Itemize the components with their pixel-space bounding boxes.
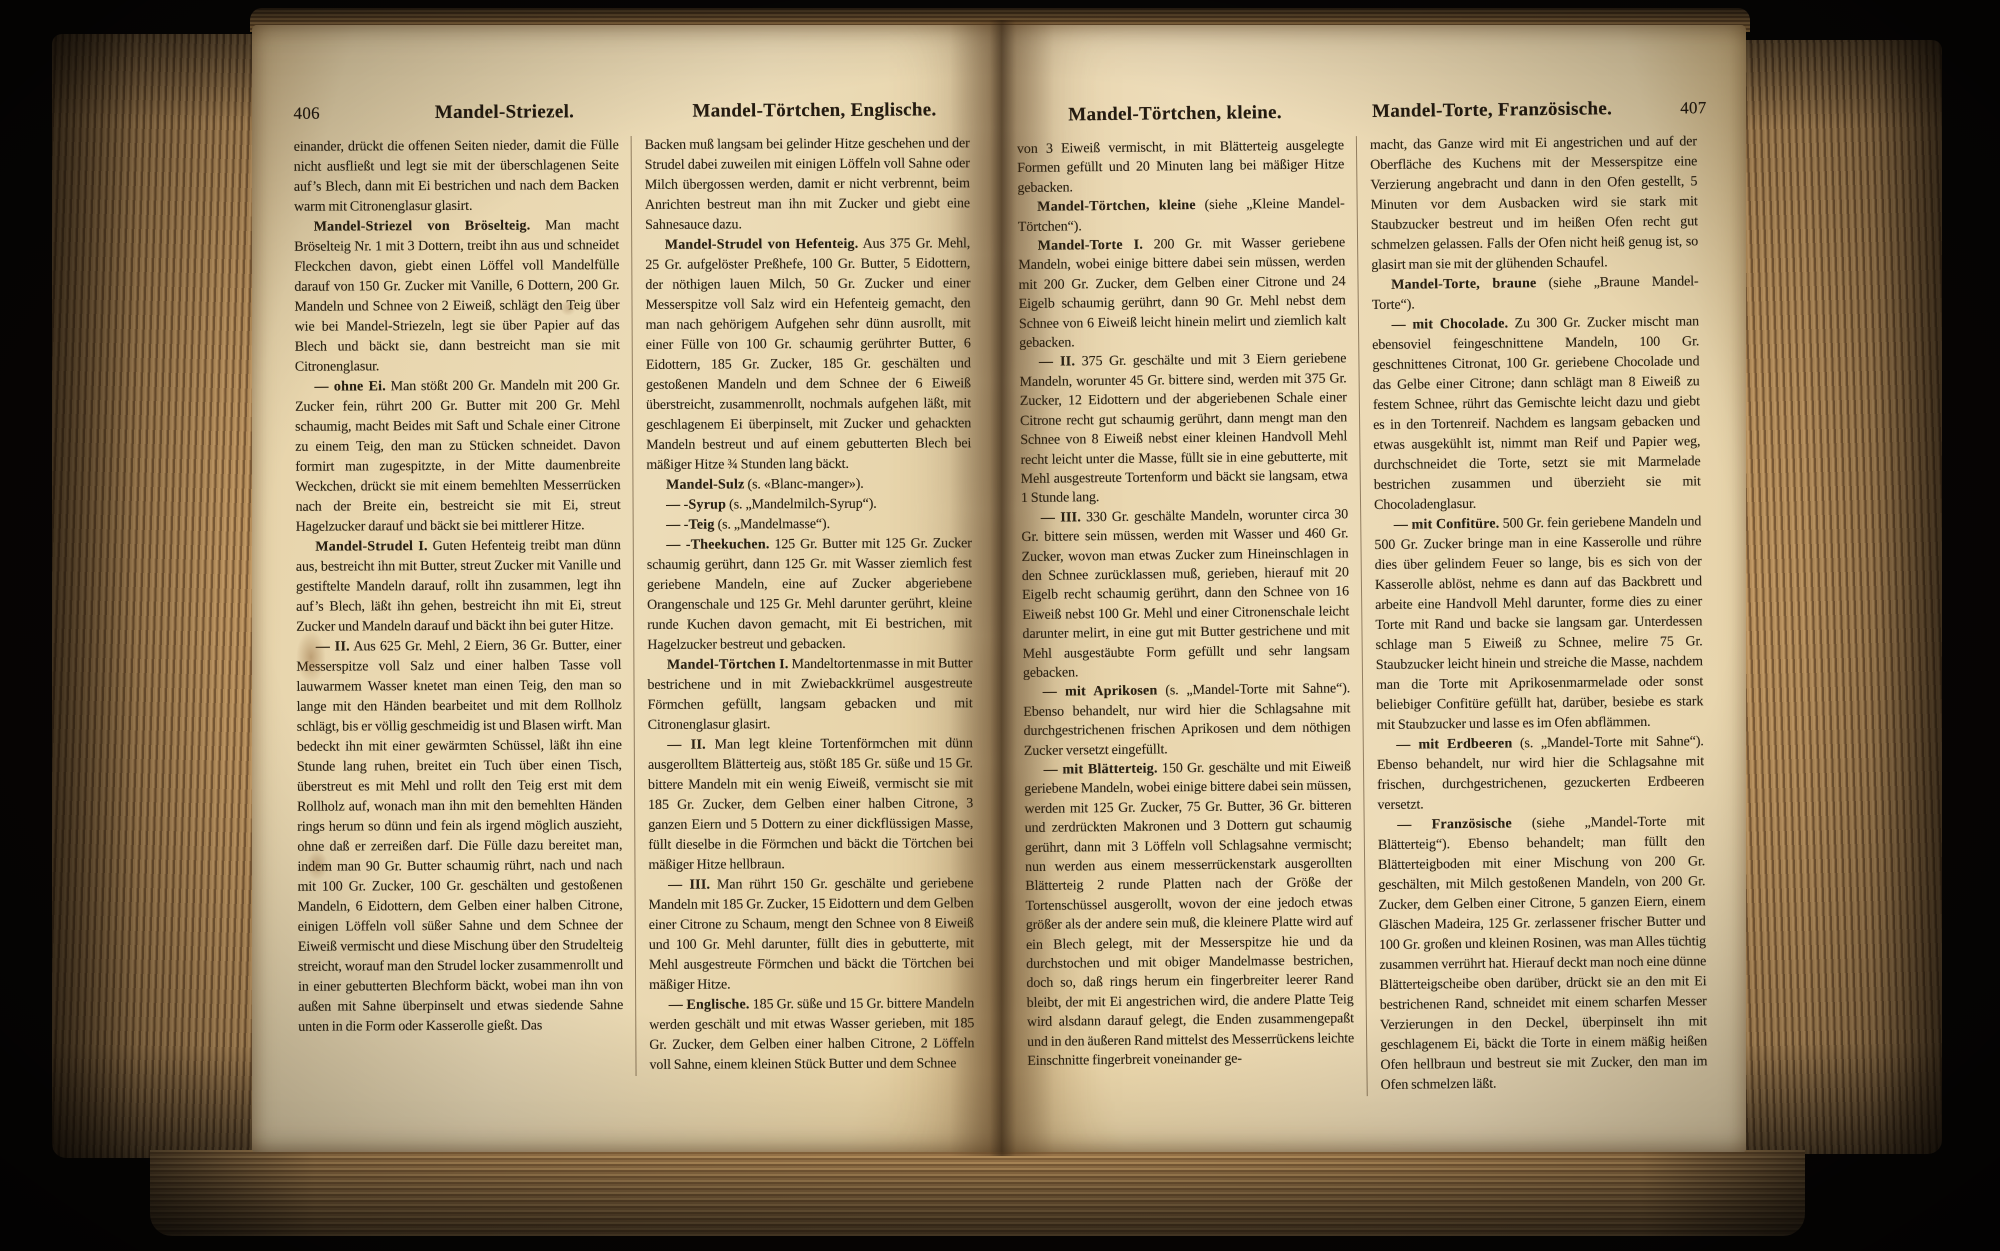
recipe-title: — mit Blätterteig. [1044,761,1158,777]
recipe-text: 330 Gr. geschälte Mandeln, worunter circ… [1021,507,1349,681]
left-running-head: 406 Mandel-Striezel. Mandel-Törtchen, En… [293,99,969,125]
recipe-title: — Französische [1397,816,1512,832]
paragraph: Mandel-Törtchen I. Mandeltortenmasse in … [647,654,972,736]
recipe-title: — II. [667,738,705,753]
paragraph: — Französische (siehe „Mandel-Torte mit … [1378,812,1708,1096]
recipe-text: macht, das Ganze wird mit Ei angestriche… [1370,134,1698,273]
recipe-title: — mit Chocolade. [1392,316,1509,332]
paragraph: — III. 330 Gr. geschälte Mandeln, worunt… [1021,505,1350,683]
paragraph: — III. Man rührt 150 Gr. geschälte und g… [649,874,975,996]
paragraph: Mandel-Striezel von Bröselteig. Man mach… [294,216,620,378]
recipe-text: von 3 Eiweiß vermischt, in mit Blätterte… [1017,138,1344,196]
paragraph: — mit Erdbeeren (s. „Mandel-Torte mit Sa… [1377,732,1705,816]
recipe-text: 375 Gr. geschälte und mit 3 Eiern gerieb… [1020,352,1348,507]
paragraph: — mit Chocolade. Zu 300 Gr. Zucker misch… [1372,312,1701,516]
paragraph: Mandel-Sulz (s. «Blanc-manger»). [646,474,971,496]
running-header: Mandel-Törtchen, Englische. [659,99,969,123]
right-page: Mandel-Törtchen, kleine. Mandel-Torte, F… [1002,25,1746,1152]
paragraph: — ohne Ei. Man stößt 200 Gr. Mandeln mit… [295,376,621,538]
text-column-4: macht, das Ganze wird mit Ei angestriche… [1356,132,1708,1096]
recipe-title: — II. [316,639,350,654]
recipe-text: Man macht Bröselteig Nr. 1 mit 3 Dottern… [294,218,620,375]
text-column-1: einander, drückt die offenen Seiten nied… [294,136,624,1078]
paragraph: — -Theekuchen. 125 Gr. Butter mit 125 Gr… [647,534,973,656]
recipe-title: — -Syrup [666,497,726,512]
paragraph: — -Syrup (s. „Mandelmilch-Syrup“). [647,494,972,516]
recipe-text: Man stößt 200 Gr. Mandeln mit 200 Gr. Zu… [295,378,621,535]
running-header: Mandel-Törtchen, kleine. [1016,101,1333,127]
paragraph: — II. 375 Gr. geschälte und mit 3 Eiern … [1019,350,1348,509]
paragraph: — mit Confitüre. 500 Gr. fein geriebene … [1374,512,1703,736]
recipe-text: Backen muß langsam bei gelinder Hitze ge… [645,136,970,233]
recipe-title: — II. [1039,355,1075,370]
paragraph: einander, drückt die offenen Seiten nied… [294,136,619,218]
page-number: 407 [1650,98,1706,119]
recipe-title: Mandel-Torte I. [1038,238,1144,254]
left-page-columns: einander, drückt die offenen Seiten nied… [294,134,975,1078]
recipe-title: — mit Confitüre. [1394,517,1500,533]
paragraph: Mandel-Torte I. 200 Gr. mit Wasser gerie… [1018,233,1346,353]
paragraph: Mandel-Strudel von Hefenteig. Aus 375 Gr… [645,234,971,476]
recipe-title: — Englische. [669,997,750,1012]
paragraph: macht, das Ganze wird mit Ei angestriche… [1370,132,1699,276]
recipe-title: Mandel-Striezel von Bröselteig. [314,219,531,235]
recipe-title: Mandel-Strudel I. [315,539,427,555]
recipe-title: — -Teig [666,518,714,533]
paragraph: Mandel-Torte, braune (siehe „Braune Mand… [1371,272,1698,316]
recipe-text: 125 Gr. Butter mit 125 Gr. Zucker schaum… [647,536,972,653]
text-column-3: von 3 Eiweiß vermischt, in mit Blätterte… [1017,136,1355,1100]
paragraph: Backen muß langsam bei gelinder Hitze ge… [645,134,971,236]
page-edge-stack-bottom [150,1150,1805,1236]
paragraph: Mandel-Törtchen, kleine (siehe „Kleine M… [1018,195,1345,238]
recipe-title: — mit Erdbeeren [1396,736,1512,752]
recipe-title: Mandel-Törtchen I. [667,657,789,673]
recipe-text: 150 Gr. geschälte und mit Eiweiß geriebe… [1024,759,1354,1069]
right-page-content: Mandel-Törtchen, kleine. Mandel-Torte, F… [996,21,1753,1156]
recipe-text: Zu 300 Gr. Zucker mischt man ebensoviel … [1372,314,1701,513]
recipe-text: (s. „Mandelmasse“). [718,517,830,533]
recipe-text: (s. „Mandelmilch-Syrup“). [729,497,877,513]
recipe-text: Aus 625 Gr. Mehl, 2 Eiern, 36 Gr. Butter… [296,638,623,1035]
paragraph: — II. Man legt kleine Tortenförmchen mit… [648,734,974,876]
recipe-text: Man rührt 150 Gr. geschälte und gerieben… [649,876,974,993]
recipe-title: — -Theekuchen. [666,537,769,553]
recipe-title: Mandel-Torte, braune [1391,276,1536,293]
page-edge-stack-right [1744,40,1942,1154]
recipe-text: (siehe „Mandel-Torte mit Blätterteig“). … [1378,814,1708,1093]
recipe-title: — mit Aprikosen [1043,684,1158,700]
recipe-text: Man legt kleine Tortenförmchen mit dünn … [648,736,973,873]
recipe-title: Mandel-Strudel von Hefenteig. [665,237,859,253]
text-column-2: Backen muß langsam bei gelinder Hitze ge… [631,134,975,1076]
recipe-text: (s. «Blanc-manger»). [747,477,863,493]
paragraph: von 3 Eiweiß vermischt, in mit Blätterte… [1017,136,1345,198]
left-page-content: 406 Mandel-Striezel. Mandel-Törtchen, En… [249,23,1005,1154]
paragraph: — II. Aus 625 Gr. Mehl, 2 Eiern, 36 Gr. … [296,636,623,1038]
paragraph: Mandel-Strudel I. Guten Hefenteig treibt… [296,536,622,638]
paragraph: — -Teig (s. „Mandelmasse“). [647,514,972,536]
right-page-columns: von 3 Eiweiß vermischt, in mit Blätterte… [1017,132,1718,1100]
recipe-title: — III. [1041,510,1081,525]
paragraph: — mit Aprikosen (s. „Mandel-Torte mit Sa… [1023,680,1351,761]
page-number: 406 [293,103,349,123]
recipe-title: — III. [668,878,710,893]
recipe-text: Aus 375 Gr. Mehl, 25 Gr. aufgelöster Pre… [645,236,971,473]
running-header: Mandel-Striezel. [349,101,659,125]
recipe-text: einander, drückt die offenen Seiten nied… [294,138,619,215]
paragraph: — mit Blätterteig. 150 Gr. geschälte und… [1024,757,1355,1071]
right-running-head: Mandel-Törtchen, kleine. Mandel-Torte, F… [1016,97,1706,127]
paragraph: — Englische. 185 Gr. süße und 15 Gr. bit… [649,994,974,1076]
book-photograph: 406 Mandel-Striezel. Mandel-Törtchen, En… [0,0,2000,1251]
recipe-title: — ohne Ei. [314,379,385,394]
left-page: 406 Mandel-Striezel. Mandel-Törtchen, En… [252,25,1002,1152]
recipe-text: 500 Gr. fein geriebene Mandeln und 500 G… [1374,514,1703,733]
recipe-title: Mandel-Törtchen, kleine [1037,198,1196,215]
recipe-title: Mandel-Sulz [666,477,745,492]
running-header: Mandel-Torte, Französische. [1333,98,1650,124]
